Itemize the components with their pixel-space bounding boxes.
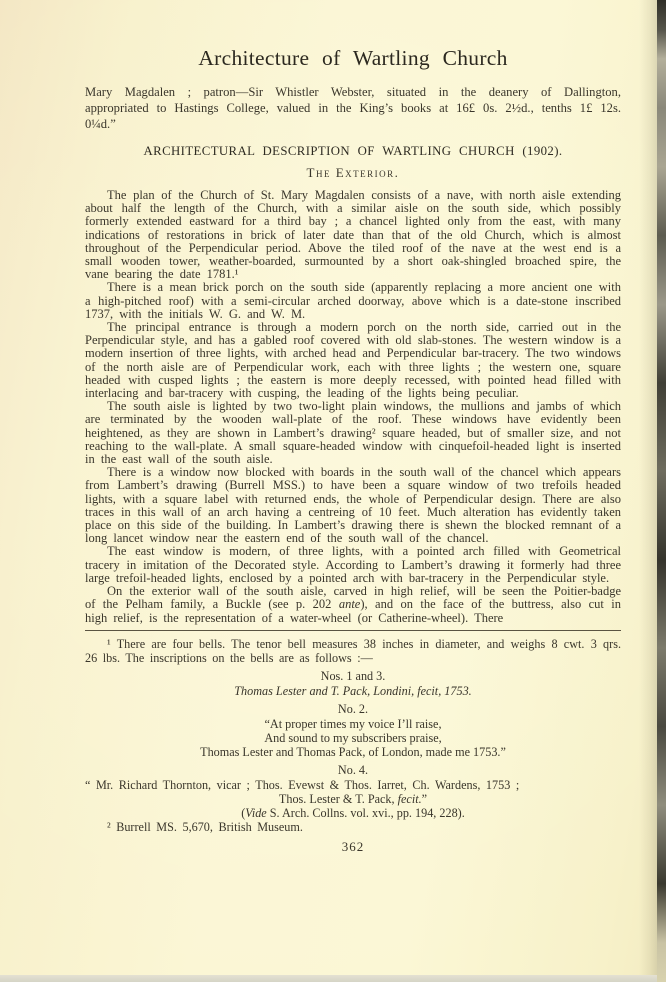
body-text: The plan of the Church of St. Mary Magda… — [85, 189, 621, 625]
paragraph: The plan of the Church of St. Mary Magda… — [85, 189, 621, 281]
paragraph: There is a window now blocked with board… — [85, 466, 621, 545]
scan-bottom-edge — [0, 975, 657, 982]
footnote-text: ² Burrell MS. 5,670, British Museum. — [85, 820, 621, 834]
footnote-verse: Thomas Lester and Thomas Pack, of London… — [85, 745, 621, 759]
footnote-divider — [85, 630, 621, 631]
page-title: Architecture of Wartling Church — [85, 46, 621, 71]
footnote-verse: “At proper times my voice I’ll raise, — [85, 717, 621, 731]
section-subheading: The Exterior. — [85, 165, 621, 181]
paragraph: On the exterior wall of the south aisle,… — [85, 585, 621, 625]
intro-paragraph: Mary Magdalen ; patron—Sir Whistler Webs… — [85, 84, 621, 132]
page-number: 362 — [85, 839, 621, 855]
book-edge-strip — [657, 0, 666, 982]
paragraph: The principal entrance is through a mode… — [85, 321, 621, 400]
footnote-text: “ Mr. Richard Thornton, vicar ; Thos. Ev… — [85, 778, 621, 792]
footnote-verse: And sound to my subscribers praise, — [85, 731, 621, 745]
footnote-verse: Thomas Lester and T. Pack, Londini, feci… — [85, 684, 621, 698]
paragraph: The south aisle is lighted by two two-li… — [85, 400, 621, 466]
footnote-text: ¹ There are four bells. The tenor bell m… — [85, 637, 621, 665]
footnote-verse: (Vide S. Arch. Collns. vol. xvi., pp. 19… — [85, 806, 621, 820]
footnote-verse: Thos. Lester & T. Pack, fecit.” — [85, 792, 621, 806]
section-heading: ARCHITECTURAL DESCRIPTION OF WARTLING CH… — [85, 144, 621, 159]
paragraph: The east window is modern, of three ligh… — [85, 545, 621, 585]
paragraph: There is a mean brick porch on the south… — [85, 281, 621, 321]
footnotes: ¹ There are four bells. The tenor bell m… — [85, 637, 621, 834]
scanned-book-page: Architecture of Wartling Church Mary Mag… — [0, 0, 666, 982]
page-curvature-shadow — [639, 0, 657, 982]
footnote-label: No. 2. — [85, 702, 621, 716]
footnote-label: No. 4. — [85, 763, 621, 777]
text-block: Architecture of Wartling Church Mary Mag… — [85, 0, 621, 855]
footnote-label: Nos. 1 and 3. — [85, 669, 621, 683]
